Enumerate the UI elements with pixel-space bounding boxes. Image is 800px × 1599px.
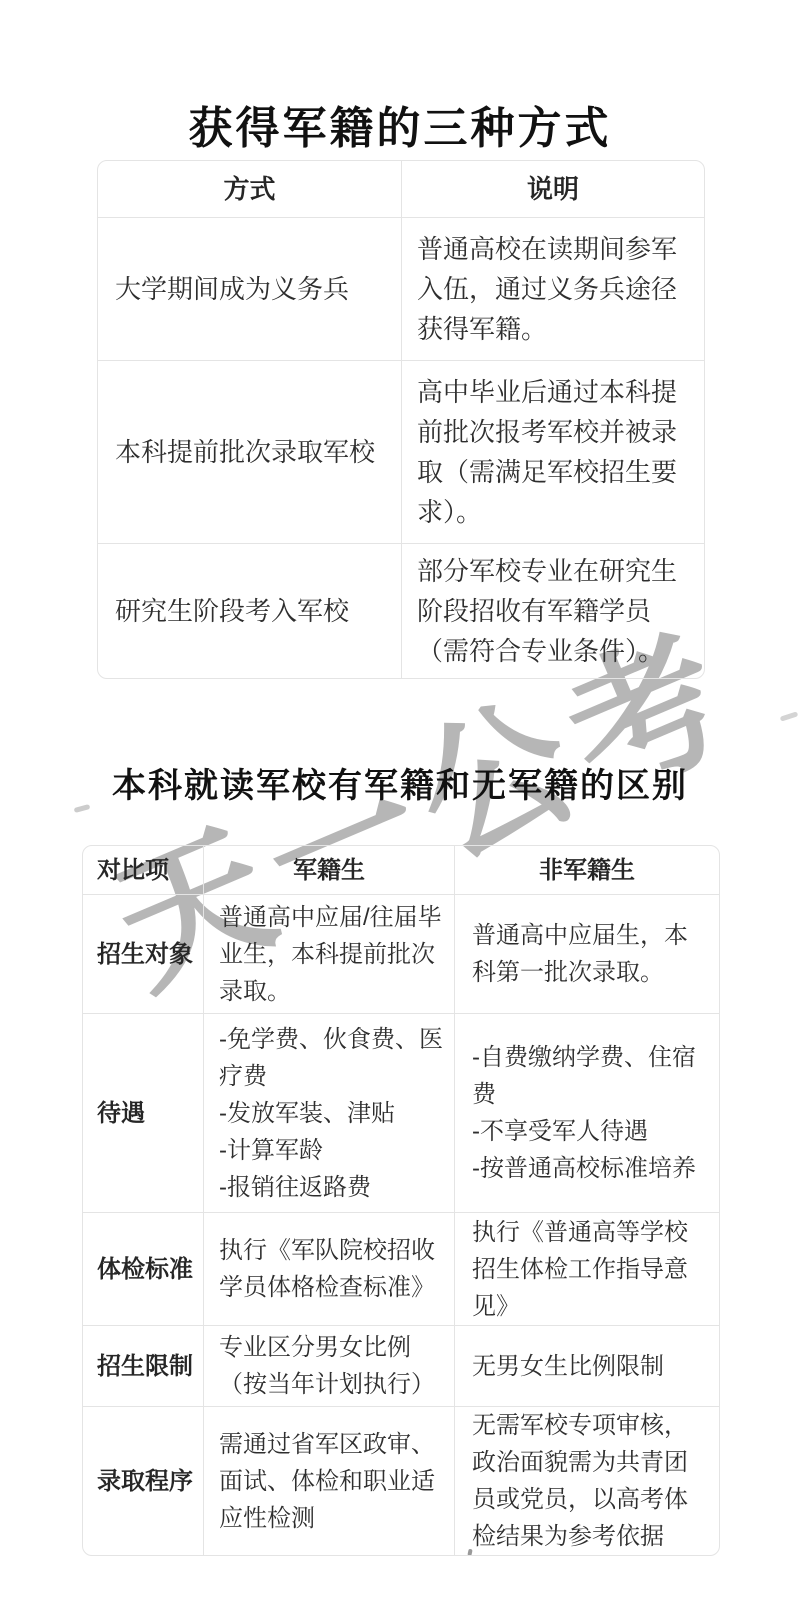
table-obtain-methods: 方式 说明 大学期间成为义务兵 普通高校在读期间参军入伍，通过义务兵途径获得军籍… <box>97 160 705 679</box>
description-cell: 高中毕业后通过本科提前批次报考军校并被录取（需满足军校招生要求）。 <box>401 361 704 543</box>
non-military-student-cell: 执行《普通高等学校招生体检工作指导意见》 <box>454 1213 719 1325</box>
table-row: 录取程序 需通过省军区政审、面试、体检和职业适应性检测 无需军校专项审核，政治面… <box>83 1406 719 1555</box>
header-cell-method: 方式 <box>98 161 401 217</box>
military-student-cell: -免学费、伙食费、医疗费 -发放军装、津贴 -计算军龄 -报销往返路费 <box>203 1014 454 1212</box>
table-row: 体检标准 执行《军队院校招收学员体格检查标准》 执行《普通高等学校招生体检工作指… <box>83 1212 719 1325</box>
header-cell-comparison-item: 对比项 <box>83 846 203 894</box>
table-row: 研究生阶段考入军校 部分军校专业在研究生阶段招收有军籍学员（需符合专业条件）。 <box>98 543 704 678</box>
header-cell-description: 说明 <box>401 161 704 217</box>
comparison-label-cell: 招生对象 <box>83 895 203 1013</box>
non-military-student-cell: 普通高中应届生，本科第一批次录取。 <box>454 895 719 1013</box>
description-cell: 普通高校在读期间参军入伍，通过义务兵途径获得军籍。 <box>401 218 704 360</box>
military-student-cell: 普通高中应届/往届毕业生，本科提前批次录取。 <box>203 895 454 1013</box>
description-cell: 部分军校专业在研究生阶段招收有军籍学员（需符合专业条件）。 <box>401 544 704 678</box>
non-military-student-cell: 无男女生比例限制 <box>454 1326 719 1406</box>
table-row: 大学期间成为义务兵 普通高校在读期间参军入伍，通过义务兵途径获得军籍。 <box>98 217 704 360</box>
section-title-differences: 本科就读军校有军籍和无军籍的区别 <box>0 758 800 807</box>
table-header-row: 方式 说明 <box>98 161 704 217</box>
comparison-label-cell: 待遇 <box>83 1014 203 1212</box>
method-cell: 研究生阶段考入军校 <box>98 544 401 678</box>
comparison-label-cell: 招生限制 <box>83 1326 203 1406</box>
table-header-row: 对比项 军籍生 非军籍生 <box>83 846 719 894</box>
table-row: 招生对象 普通高中应届/往届毕业生，本科提前批次录取。 普通高中应届生，本科第一… <box>83 894 719 1013</box>
non-military-student-cell: 无需军校专项审核，政治面貌需为共青团员或党员，以高考体检结果为参考依据 <box>454 1407 719 1555</box>
table-row: 招生限制 专业区分男女比例（按当年计划执行） 无男女生比例限制 <box>83 1325 719 1406</box>
method-cell: 大学期间成为义务兵 <box>98 218 401 360</box>
header-cell-non-military-student: 非军籍生 <box>454 846 719 894</box>
comparison-label-cell: 体检标准 <box>83 1213 203 1325</box>
table-row: 本科提前批次录取军校 高中毕业后通过本科提前批次报考军校并被录取（需满足军校招生… <box>98 360 704 543</box>
table-comparison: 对比项 军籍生 非军籍生 招生对象 普通高中应届/往届毕业生，本科提前批次录取。… <box>82 845 720 1556</box>
military-student-cell: 专业区分男女比例（按当年计划执行） <box>203 1326 454 1406</box>
stray-mark-right <box>780 711 799 721</box>
comparison-label-cell: 录取程序 <box>83 1407 203 1555</box>
military-student-cell: 执行《军队院校招收学员体格检查标准》 <box>203 1213 454 1325</box>
non-military-student-cell: -自费缴纳学费、住宿费 -不享受军人待遇 -按普通高校标准培养 <box>454 1014 719 1212</box>
infographic-page: 天一公考 获得军籍的三种方式 方式 说明 大学期间成为义务兵 普通高校在读期间参… <box>0 0 800 1599</box>
method-cell: 本科提前批次录取军校 <box>98 361 401 543</box>
section-title-ways-to-obtain: 获得军籍的三种方式 <box>0 92 800 156</box>
table-row: 待遇 -免学费、伙食费、医疗费 -发放军装、津贴 -计算军龄 -报销往返路费 -… <box>83 1013 719 1212</box>
military-student-cell: 需通过省军区政审、面试、体检和职业适应性检测 <box>203 1407 454 1555</box>
header-cell-military-student: 军籍生 <box>203 846 454 894</box>
